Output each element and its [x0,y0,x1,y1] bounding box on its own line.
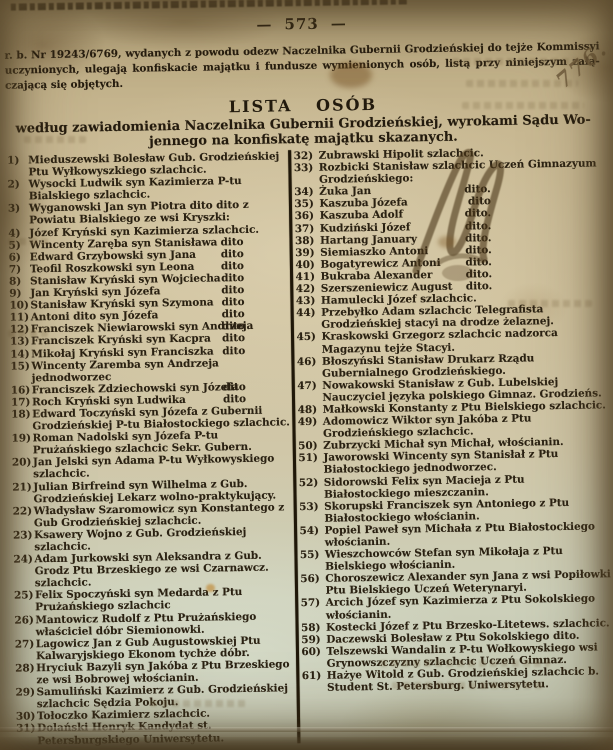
entry-number: 12) [10,324,30,336]
entry-dito: dito [222,344,245,356]
ink-smudge-scrawl [398,143,518,293]
entry-text: Kraskowski Grzegorz szlachcic nadzorca M… [321,327,557,355]
entry-text: Ksawery Wojno z Gub. Grodzieńskiej szlac… [34,526,246,553]
entry-number: 54) [299,525,319,537]
entry-number: 2) [8,179,20,191]
entry-number: 36) [295,210,315,222]
entry-number: 32) [294,150,314,162]
entry-number: 38) [295,235,315,247]
entry-number: 17) [11,396,31,408]
entry-number: 14) [10,348,30,360]
entry-number: 5) [8,239,20,251]
entry-number: 33) [294,162,314,174]
entry-dito: dito [222,308,245,320]
entry-text: Jan Jelski syn Adama P-tu Wyłkowyskiego … [33,453,274,481]
entry-text: Sidorowski Felix syn Macieja z Ptu Biało… [324,473,525,500]
entry-text: Mantowicz Rudolf z Ptu Prużańskiego właś… [35,610,256,638]
entry-text: Lagowicz Jan z Gub Augustowskiej Ptu Kal… [36,635,261,663]
entry-number: 45) [296,331,316,343]
entry-number: 35) [294,198,314,210]
entry-dito: dito [221,284,244,296]
entry-number: 49) [298,416,318,428]
entry-number: 55) [300,549,320,561]
entry-text: Adam Jurkowski syn Aleksandra z Gub. Gro… [34,550,268,590]
entry-dito: dito [221,296,244,308]
entry-number: 34) [294,186,314,198]
entry-number: 29) [16,686,36,698]
entry-number: 10) [9,299,29,311]
entry-number: 47) [297,380,317,392]
entry-text: Skorupski Franciszek syn Antoniego z Ptu… [324,497,569,525]
list-entry: 24) Adam Jurkowski syn Aleksandra z Gub.… [13,549,295,590]
entry-text: Wyganowski Jan syn Piotra dito dito z Po… [29,199,249,227]
entry-dito: dito [221,248,244,260]
entry-number: 15) [10,360,30,372]
entry-number: 27) [15,638,35,650]
entry-number: 25) [14,590,34,602]
entry-dito: dito [223,381,246,393]
entry-number: 20) [12,457,32,469]
entry-number: 50) [298,440,318,452]
entry-number: 37) [295,222,315,234]
page-number-dash-right: — [331,14,347,32]
entry-text: Dolański Henryk Kandydat st. Petersburgs… [37,720,224,747]
entry-dito: dito [222,332,245,344]
left-column-list: 1) Mieduszewski Bolesław Gub. Grodzieńsk… [0,150,297,747]
entry-number: 7) [9,263,21,275]
entry-number: 61) [302,670,322,682]
entry-number: 52) [299,476,319,488]
entry-dito: dito [220,236,243,248]
entry-dito: dito [222,320,245,332]
entry-number: 46) [297,355,317,367]
entry-number: 18) [11,408,31,420]
entry-text: Wincenty Zaremba syn Andrzeja jednodworz… [31,357,219,384]
entry-number: 8) [9,275,21,287]
entry-text: Hażye Witold z Gub. Grodzieńskiej szlach… [327,665,599,693]
intro-paragraph: r. b. Nr 19243/6769, wydanych z powodu o… [4,39,600,93]
entry-number: 24) [13,553,33,565]
entry-dito: dito [223,393,246,405]
entry-text: Felix Spoczyński syn Medarda z Ptu Pruża… [35,586,242,613]
entry-number: 43) [296,295,316,307]
entry-number: 41) [296,271,316,283]
entry-number: 39) [295,247,315,259]
entry-dito: dito [221,272,244,284]
entry-number: 6) [9,251,21,263]
entry-dito: dito [221,260,244,272]
entry-text: Jaworowski Wincenty syn Stanisłał z Ptu … [323,448,558,476]
entry-text: Adomowicz Wiktor syn Jakóba z Ptu Grodzi… [323,413,532,440]
entry-number: 28) [15,662,35,674]
entry-number: 19) [12,432,32,444]
list-entry: 31) Dolański Henryk Kandydat st. Petersb… [16,719,297,748]
entry-number: 26) [14,614,34,626]
entry-number: 57) [301,597,321,609]
entry-number: 58) [301,621,321,633]
entry-number: 23) [13,529,33,541]
entry-number: 16) [11,384,31,396]
entry-number: 1) [7,154,19,166]
entry-number: 40) [295,259,315,271]
scanned-document-page: { "colors": { "paper": "#cfc19d", "ink":… [0,0,613,750]
page-number: —573— [0,10,608,38]
entry-number: 31) [16,723,36,735]
entry-number: 53) [299,501,319,513]
entry-text: Błoszyński Stanisław Drukarz Rządu Guber… [322,352,535,379]
two-column-list: 1) Mieduszewski Bolesław Gub. Grodzieńsk… [0,145,613,747]
page-content: —573— r. b. Nr 19243/6769, wydanych z po… [0,0,613,747]
page-number-dash-left: — [256,15,272,33]
entry-number: 9) [9,288,21,300]
entry-number: 13) [10,336,30,348]
entry-number: 42) [296,283,316,295]
entry-number: 4) [8,227,20,239]
entry-number: 3) [8,203,20,215]
entry-number: 59) [301,634,321,646]
entry-number: 51) [298,452,318,464]
entry-number: 21) [12,481,32,493]
page-number-value: 573 [284,15,319,34]
entry-number: 11) [10,312,30,324]
entry-number: 22) [13,505,33,517]
entry-number: 60) [301,646,321,658]
entry-number: 56) [300,573,320,585]
entry-number: 44) [296,307,316,319]
entry-number: 48) [298,404,318,416]
entry-number: 30) [16,711,36,723]
list-entry: 61) Hażye Witold z Gub. Grodzieńskiej sz… [302,665,613,694]
